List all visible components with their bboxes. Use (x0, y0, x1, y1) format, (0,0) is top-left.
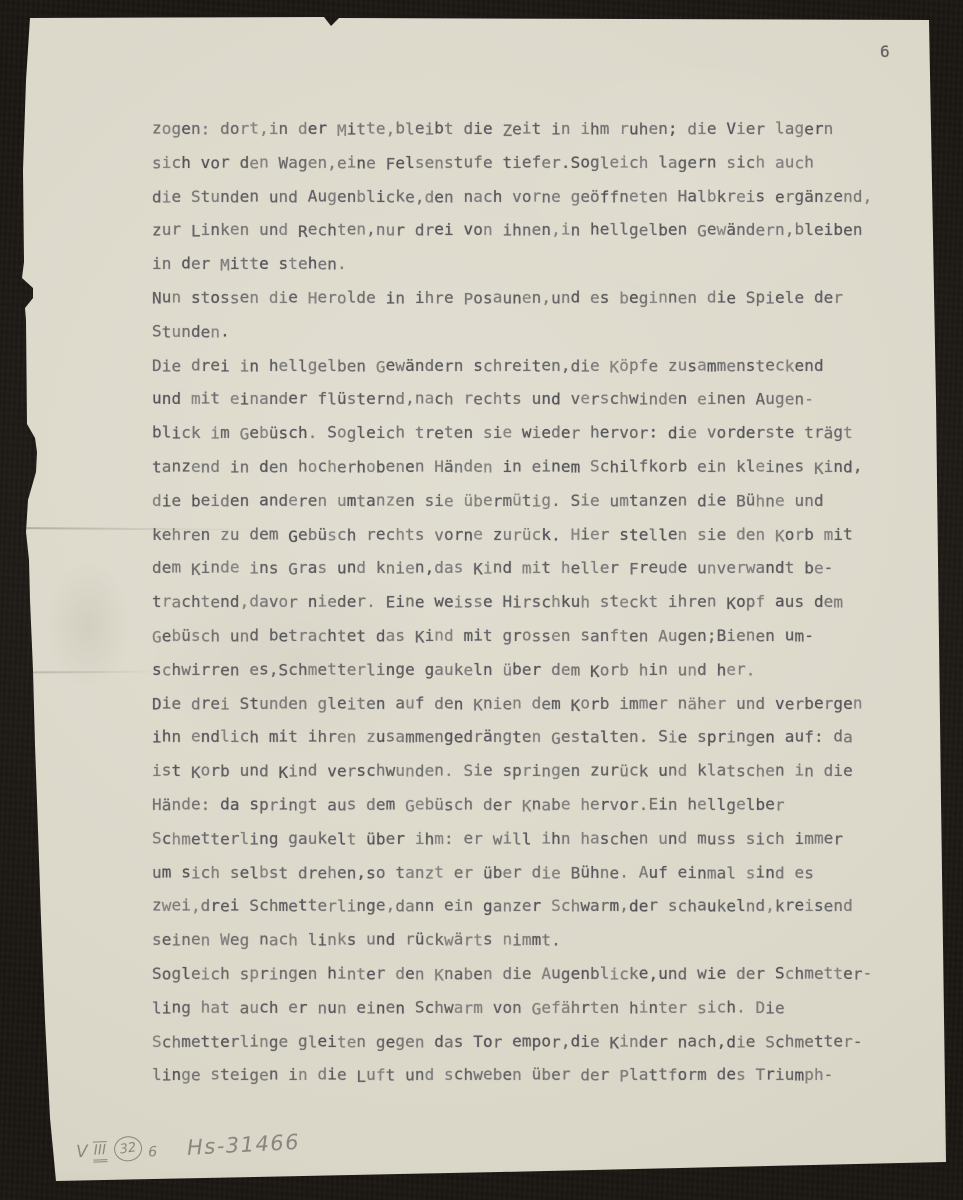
roman-numeral: III (92, 1141, 107, 1163)
typewritten-line: Die drei in hellgelben Gewändern schreit… (152, 349, 912, 383)
typewritten-line: Gebüsch und betrachtet das Kind mit gros… (152, 619, 912, 653)
typewritten-line: die beiden anderen umtanzen sie übermüti… (152, 484, 912, 518)
typewritten-line: kehren zu dem Gebüsch rechts vorne zurüc… (152, 518, 912, 552)
typewritten-line: sich vor den Wagen,eine Felsenstufe tief… (152, 146, 912, 180)
typewritten-line: ist Korb und Kind verschwunden. Sie spri… (152, 754, 912, 788)
typewritten-line: ihn endlich mit ihren zusammengedrängten… (152, 720, 912, 754)
typewritten-line: schwirren es,Schmetterlinge gaukeln über… (152, 653, 912, 687)
archival-annotation: V III 32 6 Hs-31466 (76, 1130, 301, 1164)
typewritten-line: Stunden. (152, 315, 912, 349)
typewritten-line: seinen Weg nach links und rückwärts nimm… (152, 923, 912, 957)
typewritten-line: in der Mitte stehen. (152, 247, 912, 281)
typewritten-line: Die drei Stunden gleiten auf den Knien d… (152, 687, 912, 721)
typewritten-line: blick im Gebüsch. Sogleich treten sie wi… (152, 416, 912, 450)
sub-number: 6 (148, 1145, 157, 1160)
typewritten-line: zwei,drei Schmetterlinge,dann ein ganzer… (152, 889, 912, 923)
manuscript-page: 6 zogen: dort,in der Mitte,bleibt die Ze… (0, 0, 963, 1200)
typewritten-line: Schmetterlinge gleiten gegen das Tor emp… (152, 1025, 912, 1059)
photograph-background: 6 zogen: dort,in der Mitte,bleibt die Ze… (0, 0, 963, 1200)
typewritten-line: linge steigen in die Luft und schweben ü… (152, 1058, 912, 1092)
typewritten-line: Schmetterling gaukelt über ihm: er will … (152, 822, 912, 856)
typewritten-line: um sich selbst drehen,so tanzt er über d… (152, 856, 912, 890)
typewritten-line: Nun stossen die Herolde in ihre Posaunen… (152, 281, 912, 315)
typewritten-line: zur Linken und Rechten,nur drei von ihne… (152, 213, 912, 247)
typewritten-line: trachtend,davor nieder. Eine weisse Hirs… (152, 585, 912, 619)
typewritten-line: ling hat auch er nun einen Schwarm von G… (152, 991, 912, 1025)
typewritten-line: die Stunden und Augenblicke,den nach vor… (152, 180, 912, 214)
typewritten-text-block: zogen: dort,in der Mitte,bleibt die Zeit… (152, 112, 912, 1092)
page-number: 6 (880, 42, 890, 61)
circled-number: 32 (112, 1134, 143, 1163)
series-letter: V (76, 1144, 88, 1163)
inventory-number: Hs-31466 (186, 1132, 300, 1160)
typewritten-line: tanzend in den hocherhobenen Händen in e… (152, 450, 912, 484)
typewritten-line: und mit einander flüsternd,nach rechts u… (152, 382, 912, 416)
typewritten-line: Hände: da springt aus dem Gebüsch der Kn… (152, 788, 912, 822)
typewritten-line: dem Kinde ins Gras und knien,das Kind mi… (152, 551, 912, 585)
paper-crease (28, 671, 158, 674)
typewritten-line: Sogleich springen hinter den Knaben die … (152, 957, 912, 991)
typewritten-line: zogen: dort,in der Mitte,bleibt die Zeit… (152, 112, 912, 146)
